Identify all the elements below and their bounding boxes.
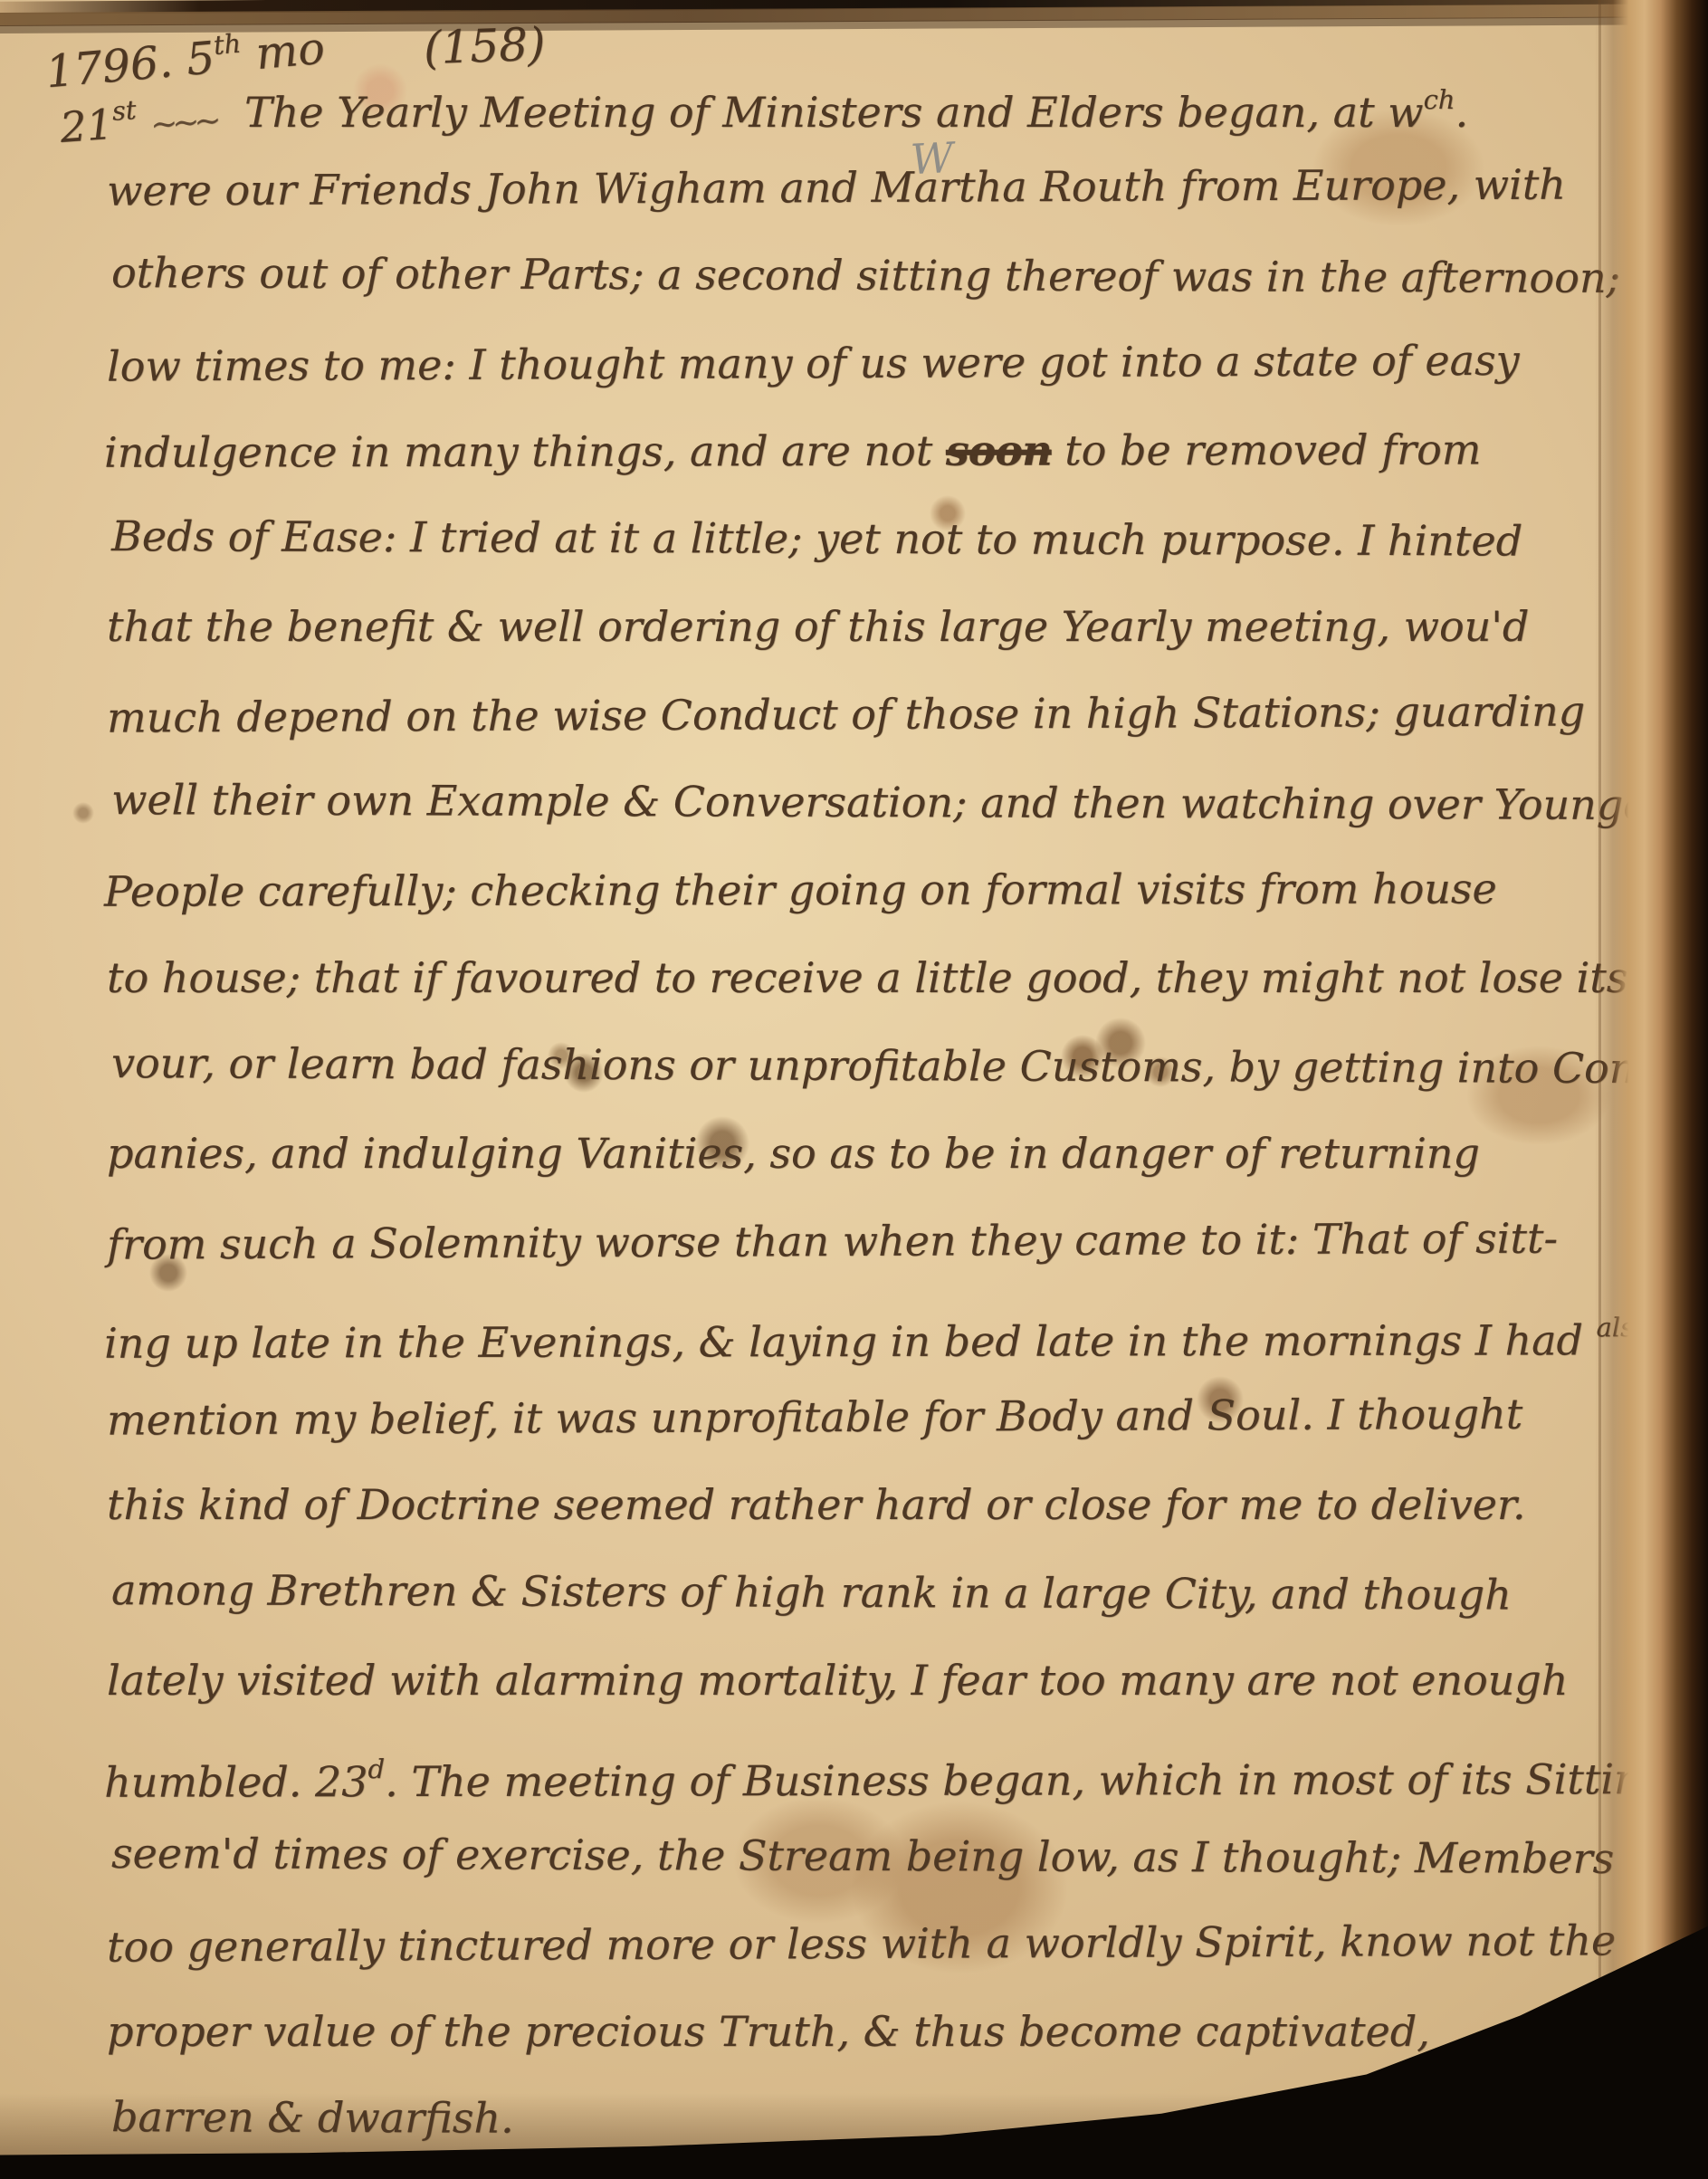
manuscript-line: People carefully; checking their going o… xyxy=(104,845,1607,935)
manuscript-line: low times to me: I thought many of us we… xyxy=(107,316,1609,410)
manuscript-line: proper value of the precious Truth, & th… xyxy=(107,1988,1609,2076)
manuscript-text-block: The Yearly Meeting of Ministers and Elde… xyxy=(107,56,1609,2164)
manuscript-line: lately visited with alarming mortality, … xyxy=(107,1637,1609,1725)
manuscript-line: vour, or learn bad fashions or unprofita… xyxy=(111,1019,1614,1113)
line-text: The Yearly Meeting of Ministers and Elde… xyxy=(244,88,1424,137)
manuscript-line: Beds of Ease: I tried at it a little; ye… xyxy=(111,492,1614,586)
line-text: indulgence in many things, and are not xyxy=(104,426,946,477)
superscript-abbreviation: d xyxy=(367,1754,385,1784)
manuscript-line: among Brethren & Sisters of high rank in… xyxy=(111,1546,1614,1639)
manuscript-line: mention my belief, it was unprofitable f… xyxy=(107,1370,1609,1464)
line-text: . The meeting of Business began, which i… xyxy=(385,1754,1689,1806)
manuscript-line: ing up late in the Evenings, & laying in… xyxy=(104,1284,1607,1374)
manuscript-line: indulgence in many things, and are not s… xyxy=(104,406,1607,496)
line-text: . xyxy=(1455,88,1468,137)
manuscript-line: humbled. 23d. The meeting of Business be… xyxy=(104,1723,1607,1813)
manuscript-line: panies, and indulging Vanities, so as to… xyxy=(107,1110,1609,1198)
manuscript-line: to house; that if favoured to receive a … xyxy=(107,934,1609,1022)
manuscript-line: too generally tinctured more or less wit… xyxy=(107,1897,1609,1991)
line-text: ing up late in the Evenings, & laying in… xyxy=(104,1315,1597,1367)
manuscript-line: this kind of Doctrine seemed rather hard… xyxy=(107,1461,1609,1549)
manuscript-line: well their own Example & Conversation; a… xyxy=(111,756,1614,849)
manuscript-line: much depend on the wise Conduct of those… xyxy=(107,667,1609,761)
manuscript-line: seem'd times of exercise, the Stream bei… xyxy=(111,1810,1614,1903)
book-page-edge-right xyxy=(1595,0,1708,2179)
superscript-abbreviation: ch xyxy=(1424,84,1455,115)
manuscript-line: from such a Solemnity worse than when th… xyxy=(107,1194,1609,1288)
manuscript-line: were our Friends John Wigham and Martha … xyxy=(107,140,1609,234)
struck-out-word: soon xyxy=(946,426,1052,475)
manuscript-photo: { "colors": { "paper_tan": "#d9bc8e", "i… xyxy=(0,0,1708,2179)
manuscript-line: The Yearly Meeting of Ministers and Elde… xyxy=(107,56,1609,144)
manuscript-line: others out of other Parts; a second sitt… xyxy=(111,229,1614,322)
line-text: to be removed from xyxy=(1051,425,1481,475)
line-text: humbled. 23 xyxy=(104,1757,368,1807)
manuscript-line: that the benefit & well ordering of this… xyxy=(107,583,1609,671)
